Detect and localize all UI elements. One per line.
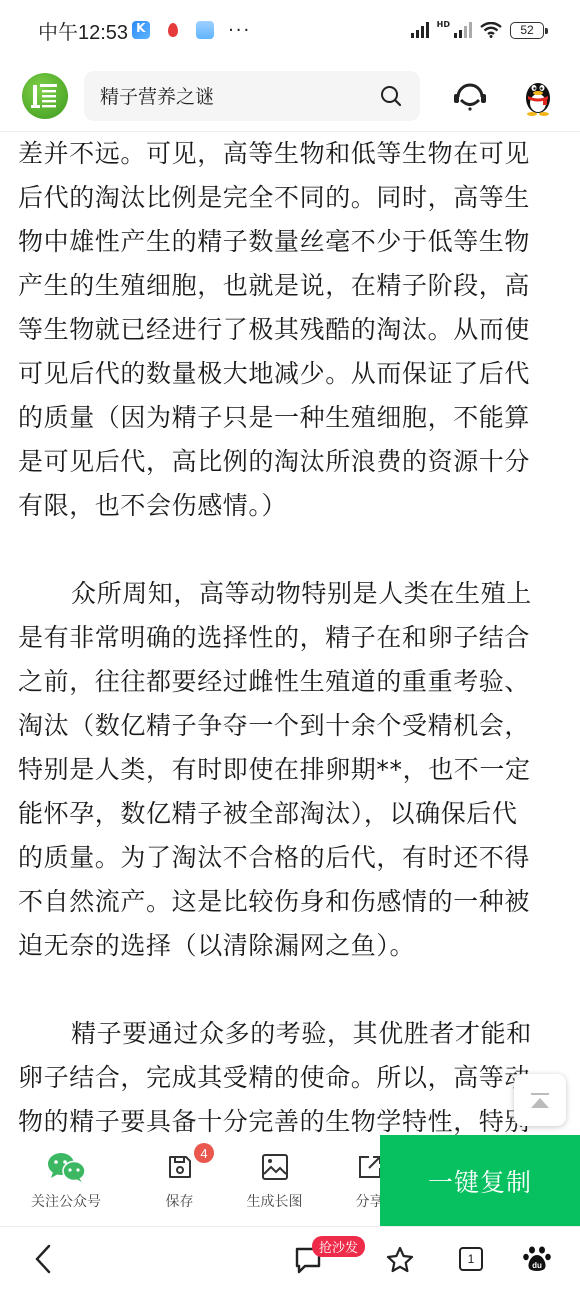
follow-label: 关注公众号	[31, 1191, 101, 1211]
article-line: 可见后代的数量极大地减少。从而保证了后代	[18, 352, 562, 396]
article-body: 差并不远。可见，高等生物和低等生物在可见 后代的淘汰比例是完全不同的。同时，高等…	[0, 132, 580, 1135]
paragraph-gap	[18, 528, 562, 572]
signal-2-icon	[454, 22, 472, 38]
article-line: 众所周知，高等动物特别是人类在生殖上	[18, 572, 562, 616]
article-line: 不自然流产。这是比较伤身和伤感情的一种被	[18, 880, 562, 924]
battery-indicator: 52	[510, 22, 544, 39]
qq-penguin-icon	[521, 76, 555, 116]
weather-icon	[196, 21, 214, 39]
system-indicators: HD 52	[411, 22, 544, 39]
back-to-top-icon	[531, 1093, 549, 1095]
article-line: 淘汰（数亿精子争夺一个到十余个受精机会，	[18, 704, 562, 748]
article-line: 是有非常明确的选择性的，精子在和卵子结合	[18, 616, 562, 660]
app-header: 精子营养之谜	[0, 60, 580, 132]
save-label: 保存	[166, 1191, 194, 1211]
long-image-label: 生成长图	[247, 1191, 303, 1211]
article-line: 产生的生殖细胞，也就是说，在精子阶段，高	[18, 264, 562, 308]
article-line: 卵子结合，完成其受精的使命。所以，高等动	[18, 1056, 562, 1100]
save-button[interactable]: 4 保存	[132, 1135, 227, 1226]
more-notifications-icon: ···	[228, 20, 251, 41]
hd-label: HD	[437, 20, 450, 29]
article-line: 特别是人类，有时即使在排卵期**，也不一定	[18, 748, 562, 792]
favorite-button[interactable]	[382, 1242, 418, 1278]
save-badge: 4	[194, 1143, 214, 1163]
customer-support-button[interactable]	[450, 76, 490, 116]
star-icon	[385, 1245, 415, 1275]
article-line: 物中雄性产生的精子数量丝毫不少于低等生物	[18, 220, 562, 264]
tabs-button[interactable]: 1	[456, 1244, 486, 1274]
qq-button[interactable]	[518, 76, 558, 116]
paragraph-gap	[18, 968, 562, 1012]
article-line: 精子要通过众多的考验，其优胜者才能和	[18, 1012, 562, 1056]
article-line: 物的精子要具备十分完善的生物学特性，特别	[18, 1100, 562, 1135]
share-icon	[357, 1154, 383, 1180]
article-line: 迫无奈的选择（以清除漏网之鱼）。	[18, 924, 562, 968]
status-bar: 中午12:53 ··· HD 52	[0, 0, 580, 60]
article-line: 等生物就已经进行了极其残酷的淘汰。从而使	[18, 308, 562, 352]
article-line: 之前，往往都要经过雌性生殖道的重重考验、	[18, 660, 562, 704]
search-icon[interactable]	[380, 85, 402, 107]
baidu-paw-icon: du	[522, 1244, 552, 1274]
search-input[interactable]: 精子营养之谜	[100, 82, 380, 109]
action-bar: 关注公众号 4 保存 生成长图 分享	[0, 1135, 580, 1227]
headset-icon	[452, 79, 488, 113]
map-pin-icon	[168, 23, 178, 37]
tab-count: 1	[459, 1247, 483, 1271]
article-line: 是可见后代，高比例的淘汰所浪费的资源十分	[18, 440, 562, 484]
comment-badge: 抢沙发	[312, 1236, 365, 1257]
app-logo[interactable]	[22, 73, 68, 119]
image-icon	[261, 1153, 289, 1181]
article-line: 有限，也不会伤感情。）	[18, 484, 562, 528]
logo-glyph-icon	[30, 81, 60, 111]
article-line: 能怀孕，数亿精子被全部淘汰），以确保后代	[18, 792, 562, 836]
svg-text:du: du	[532, 1261, 542, 1270]
generate-long-image-button[interactable]: 生成长图	[227, 1135, 322, 1226]
article-line: 差并不远。可见，高等生物和低等生物在可见	[18, 132, 562, 176]
article-line: 的质量（因为精子只是一种生殖细胞，不能算	[18, 396, 562, 440]
k-app-icon	[132, 21, 150, 39]
back-to-top-button[interactable]	[514, 1074, 566, 1126]
article-line: 后代的淘汰比例是完全不同的。同时，高等生	[18, 176, 562, 220]
signal-icon	[411, 22, 429, 38]
follow-official-account-button[interactable]: 关注公众号	[0, 1135, 132, 1226]
baidu-button[interactable]: du	[520, 1242, 554, 1276]
wifi-icon	[480, 22, 502, 38]
article-line: 的质量。为了淘汰不合格的后代，有时还不得	[18, 836, 562, 880]
search-box[interactable]: 精子营养之谜	[84, 71, 420, 121]
browser-nav-bar: 抢沙发 1 du	[0, 1228, 580, 1289]
notification-icons	[132, 21, 214, 39]
one-click-copy-button[interactable]: 一键复制	[380, 1135, 580, 1226]
back-button[interactable]	[28, 1242, 58, 1276]
wechat-icon	[46, 1151, 86, 1183]
status-time: 中午12:53	[38, 16, 128, 45]
save-icon	[167, 1154, 193, 1180]
back-icon	[34, 1244, 52, 1274]
